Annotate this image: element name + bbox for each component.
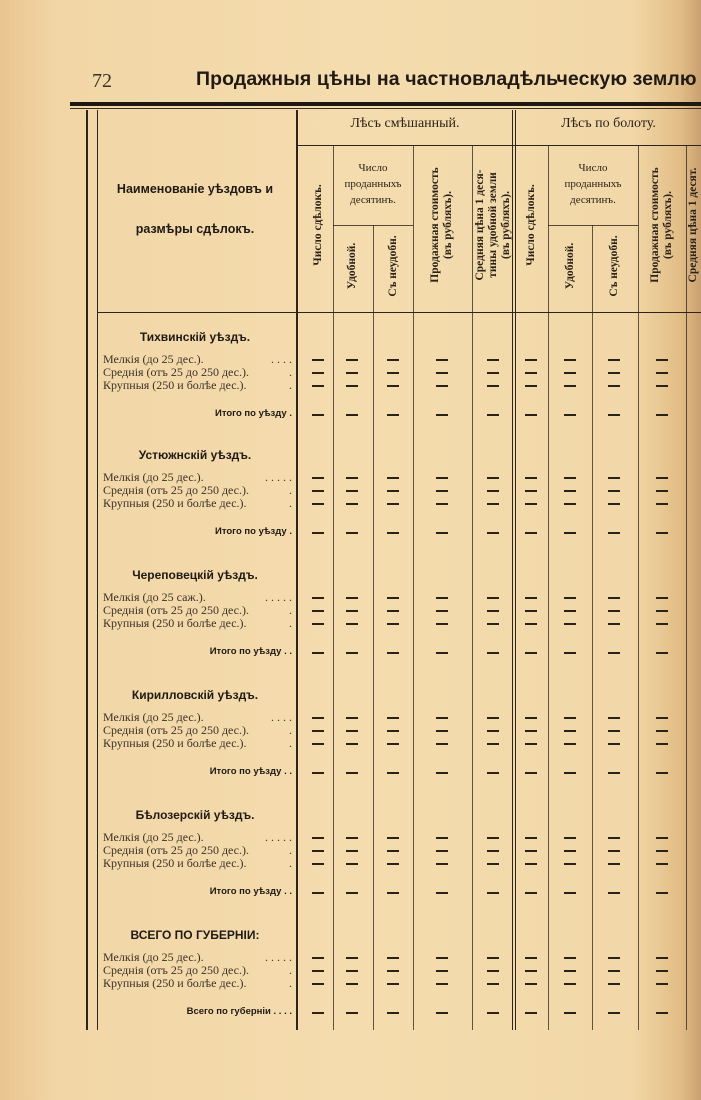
- row-label-text: Крупныя (250 и болѣе дес.).: [103, 378, 247, 392]
- empty-value-dash: [525, 372, 537, 374]
- empty-value-dash: [387, 477, 399, 479]
- empty-value-dash: [564, 717, 576, 719]
- empty-value-dash: [656, 970, 668, 972]
- rotated-header-line: Съ неудобн.: [387, 227, 400, 305]
- empty-value-dash: [487, 477, 499, 479]
- empty-value-dash: [564, 957, 576, 959]
- empty-value-dash: [564, 490, 576, 492]
- column-divider: [413, 145, 414, 1030]
- total-value-dash: [346, 772, 358, 774]
- empty-value-dash: [656, 503, 668, 505]
- empty-value-dash: [608, 490, 620, 492]
- empty-value-dash: [487, 717, 499, 719]
- total-value-dash: [656, 1012, 668, 1014]
- empty-value-dash: [525, 359, 537, 361]
- total-value-dash: [487, 414, 499, 416]
- page-title: Продажныя цѣны на частновладѣльческую зе…: [196, 68, 697, 91]
- empty-value-dash: [387, 743, 399, 745]
- empty-value-dash: [487, 970, 499, 972]
- empty-value-dash: [608, 610, 620, 612]
- empty-value-dash: [436, 359, 448, 361]
- sold-header-underline: [333, 225, 413, 226]
- empty-value-dash: [525, 597, 537, 599]
- empty-value-dash: [525, 863, 537, 865]
- empty-value-dash: [346, 850, 358, 852]
- empty-value-dash: [436, 717, 448, 719]
- empty-value-dash: [564, 743, 576, 745]
- total-value-dash: [436, 652, 448, 654]
- empty-value-dash: [487, 863, 499, 865]
- total-value-dash: [436, 414, 448, 416]
- empty-value-dash: [525, 983, 537, 985]
- empty-value-dash: [312, 957, 324, 959]
- district-title: Устюжнскій уѣздъ.: [100, 448, 290, 462]
- total-value-dash: [346, 414, 358, 416]
- empty-value-dash: [656, 717, 668, 719]
- leader-dots: .: [289, 616, 292, 631]
- empty-value-dash: [312, 372, 324, 374]
- header-bottom-rule: [97, 312, 701, 313]
- empty-value-dash: [608, 477, 620, 479]
- empty-value-dash: [564, 730, 576, 732]
- empty-value-dash: [564, 597, 576, 599]
- empty-value-dash: [608, 717, 620, 719]
- empty-value-dash: [608, 597, 620, 599]
- total-value-dash: [487, 892, 499, 894]
- empty-value-dash: [436, 983, 448, 985]
- sold-header-line: проданныхъ: [333, 176, 413, 192]
- total-value-dash: [564, 1012, 576, 1014]
- empty-value-dash: [436, 957, 448, 959]
- district-title: ВСЕГО ПО ГУБЕРНІИ:: [100, 928, 290, 942]
- total-value-dash: [656, 414, 668, 416]
- empty-value-dash: [608, 503, 620, 505]
- empty-value-dash: [608, 359, 620, 361]
- empty-value-dash: [436, 610, 448, 612]
- header-price-swamp: Продажная стоимость(въ рубляхъ).: [649, 145, 675, 305]
- empty-value-dash: [564, 837, 576, 839]
- district-title: Тихвинскій уѣздъ.: [100, 330, 290, 344]
- header-count-mixed: Число сдѣлокъ.: [312, 145, 325, 305]
- total-value-dash: [312, 414, 324, 416]
- district-total-label: Итого по уѣзду .: [100, 408, 292, 419]
- empty-value-dash: [387, 359, 399, 361]
- empty-value-dash: [312, 970, 324, 972]
- row-label-text: Мелкія (до 25 дес.).: [103, 710, 204, 724]
- left-header-line2: размѣры сдѣлокъ.: [100, 222, 290, 236]
- empty-value-dash: [387, 717, 399, 719]
- total-value-dash: [387, 772, 399, 774]
- header-count-swamp: Число сдѣлокъ.: [525, 145, 538, 305]
- empty-value-dash: [346, 610, 358, 612]
- total-value-dash: [608, 532, 620, 534]
- empty-value-dash: [656, 385, 668, 387]
- total-value-dash: [387, 532, 399, 534]
- total-value-dash: [656, 892, 668, 894]
- empty-value-dash: [564, 623, 576, 625]
- header-nonarable-swamp: Съ неудобн.: [608, 227, 621, 305]
- total-value-dash: [525, 892, 537, 894]
- row-label-text: Крупныя (250 и болѣе дес.).: [103, 496, 247, 510]
- group-title-mixed-forest: Лѣсъ смѣшанный.: [298, 116, 512, 131]
- empty-value-dash: [312, 837, 324, 839]
- empty-value-dash: [487, 490, 499, 492]
- empty-value-dash: [487, 359, 499, 361]
- empty-value-dash: [312, 983, 324, 985]
- total-value-dash: [487, 1012, 499, 1014]
- empty-value-dash: [346, 970, 358, 972]
- total-value-dash: [525, 652, 537, 654]
- empty-value-dash: [608, 623, 620, 625]
- total-value-dash: [487, 772, 499, 774]
- rotated-header-line: Число сдѣлокъ.: [525, 145, 538, 305]
- leader-dots: .: [289, 976, 292, 991]
- row-label: Крупныя (250 и болѣе дес.)..: [103, 976, 298, 991]
- total-value-dash: [346, 652, 358, 654]
- rotated-header-line: Удобной.: [564, 227, 577, 305]
- empty-value-dash: [387, 850, 399, 852]
- empty-value-dash: [487, 610, 499, 612]
- row-label: Крупныя (250 и болѣе дес.)..: [103, 736, 298, 751]
- row-label: Крупныя (250 и болѣе дес.)..: [103, 496, 298, 511]
- empty-value-dash: [525, 477, 537, 479]
- total-value-dash: [387, 1012, 399, 1014]
- empty-value-dash: [346, 983, 358, 985]
- total-value-dash: [487, 652, 499, 654]
- row-label: Крупныя (250 и болѣе дес.)..: [103, 856, 298, 871]
- empty-value-dash: [346, 597, 358, 599]
- total-value-dash: [436, 532, 448, 534]
- leader-dots: .: [289, 736, 292, 751]
- rotated-header-line: Продажная стоимость: [649, 145, 662, 305]
- total-value-dash: [436, 1012, 448, 1014]
- column-divider: [592, 225, 593, 1030]
- empty-value-dash: [312, 477, 324, 479]
- empty-value-dash: [387, 730, 399, 732]
- row-label-text: Мелкія (до 25 дес.).: [103, 470, 204, 484]
- empty-value-dash: [564, 385, 576, 387]
- empty-value-dash: [656, 743, 668, 745]
- total-value-dash: [564, 772, 576, 774]
- district-title: Череповецкій уѣздъ.: [100, 568, 290, 582]
- district-total-label: Итого по уѣзду .: [100, 526, 292, 537]
- empty-value-dash: [608, 970, 620, 972]
- column-divider: [548, 145, 549, 1030]
- empty-value-dash: [487, 743, 499, 745]
- empty-value-dash: [436, 730, 448, 732]
- total-value-dash: [346, 892, 358, 894]
- district-title: Бѣлозерскій уѣздъ.: [100, 808, 290, 822]
- row-label-text: Мелкія (до 25 саж.).: [103, 590, 206, 604]
- empty-value-dash: [525, 610, 537, 612]
- column-divider: [638, 145, 639, 1030]
- row-label: Крупныя (250 и болѣе дес.)..: [103, 616, 298, 631]
- empty-value-dash: [608, 837, 620, 839]
- total-value-dash: [656, 772, 668, 774]
- sold-header-swamp: Числопроданныхъдесятинъ.: [548, 160, 638, 208]
- empty-value-dash: [346, 372, 358, 374]
- empty-value-dash: [564, 850, 576, 852]
- empty-value-dash: [312, 597, 324, 599]
- rotated-header-line: Продажная стоимость: [429, 145, 442, 305]
- empty-value-dash: [387, 623, 399, 625]
- group-title-swamp-forest: Лѣсъ по болоту.: [516, 116, 701, 131]
- empty-value-dash: [608, 385, 620, 387]
- column-divider: [333, 145, 334, 1030]
- empty-value-dash: [525, 717, 537, 719]
- empty-value-dash: [387, 610, 399, 612]
- empty-value-dash: [312, 610, 324, 612]
- empty-value-dash: [564, 970, 576, 972]
- empty-value-dash: [564, 372, 576, 374]
- empty-value-dash: [487, 385, 499, 387]
- sold-header-line: десятинъ.: [333, 192, 413, 208]
- district-title: Кирилловскій уѣздъ.: [100, 688, 290, 702]
- empty-value-dash: [608, 863, 620, 865]
- rotated-header-line: Средняя цѣна 1 десят.: [687, 145, 700, 305]
- column-divider: [373, 225, 374, 1030]
- empty-value-dash: [436, 385, 448, 387]
- empty-value-dash: [564, 863, 576, 865]
- empty-value-dash: [487, 983, 499, 985]
- empty-value-dash: [656, 610, 668, 612]
- empty-value-dash: [608, 983, 620, 985]
- empty-value-dash: [346, 837, 358, 839]
- total-value-dash: [525, 772, 537, 774]
- empty-value-dash: [525, 957, 537, 959]
- empty-value-dash: [312, 730, 324, 732]
- table-left-border: [86, 110, 88, 1030]
- empty-value-dash: [436, 970, 448, 972]
- empty-value-dash: [312, 863, 324, 865]
- district-total-label: Итого по уѣзду . .: [100, 886, 292, 897]
- empty-value-dash: [656, 957, 668, 959]
- empty-value-dash: [656, 359, 668, 361]
- sold-header-line: проданныхъ: [548, 176, 638, 192]
- header-nonarable-mixed: Съ неудобн.: [387, 227, 400, 305]
- total-value-dash: [564, 532, 576, 534]
- row-label-text: Мелкія (до 25 дес.).: [103, 950, 204, 964]
- empty-value-dash: [656, 850, 668, 852]
- empty-value-dash: [436, 837, 448, 839]
- empty-value-dash: [312, 359, 324, 361]
- leader-dots: .: [289, 856, 292, 871]
- row-label-text: Мелкія (до 25 дес.).: [103, 352, 204, 366]
- total-value-dash: [564, 892, 576, 894]
- rotated-header-line: Удобной.: [346, 227, 359, 305]
- leader-dots: .: [289, 496, 292, 511]
- table-left-border-inner: [97, 110, 98, 1030]
- total-value-dash: [525, 532, 537, 534]
- total-value-dash: [487, 532, 499, 534]
- empty-value-dash: [564, 477, 576, 479]
- left-header-line1: Наименованіе уѣздовъ и: [100, 182, 290, 196]
- empty-value-dash: [525, 730, 537, 732]
- empty-value-dash: [656, 623, 668, 625]
- empty-value-dash: [487, 850, 499, 852]
- empty-value-dash: [312, 503, 324, 505]
- empty-value-dash: [346, 490, 358, 492]
- empty-value-dash: [312, 385, 324, 387]
- rotated-header-line: (въ рубляхъ).: [662, 145, 675, 305]
- empty-value-dash: [387, 983, 399, 985]
- empty-value-dash: [487, 503, 499, 505]
- empty-value-dash: [436, 863, 448, 865]
- label-column-border: [296, 110, 298, 1030]
- empty-value-dash: [525, 970, 537, 972]
- row-label-text: Крупныя (250 и болѣе дес.).: [103, 736, 247, 750]
- empty-value-dash: [656, 863, 668, 865]
- empty-value-dash: [346, 957, 358, 959]
- sold-header-line: десятинъ.: [548, 192, 638, 208]
- header-arable-mixed: Удобной.: [346, 227, 359, 305]
- top-rule-thin: [70, 108, 701, 109]
- header-avg-swamp: Средняя цѣна 1 десят.: [687, 145, 700, 305]
- empty-value-dash: [346, 717, 358, 719]
- empty-value-dash: [608, 743, 620, 745]
- empty-value-dash: [312, 717, 324, 719]
- empty-value-dash: [656, 983, 668, 985]
- total-value-dash: [312, 892, 324, 894]
- total-value-dash: [312, 652, 324, 654]
- empty-value-dash: [346, 503, 358, 505]
- empty-value-dash: [346, 623, 358, 625]
- total-value-dash: [608, 892, 620, 894]
- rotated-header-line: Средняя цѣна 1 деся-: [474, 145, 487, 305]
- empty-value-dash: [436, 503, 448, 505]
- total-value-dash: [608, 1012, 620, 1014]
- empty-value-dash: [346, 743, 358, 745]
- empty-value-dash: [656, 490, 668, 492]
- group-separator-2: [515, 110, 516, 1030]
- total-value-dash: [525, 1012, 537, 1014]
- header-arable-swamp: Удобной.: [564, 227, 577, 305]
- row-label-text: Среднія (отъ 25 до 250 дес.).: [103, 483, 249, 497]
- empty-value-dash: [346, 477, 358, 479]
- page-number: 72: [92, 70, 112, 93]
- empty-value-dash: [387, 597, 399, 599]
- district-total-label: Итого по уѣзду . .: [100, 646, 292, 657]
- row-label-text: Среднія (отъ 25 до 250 дес.).: [103, 843, 249, 857]
- empty-value-dash: [656, 730, 668, 732]
- empty-value-dash: [312, 850, 324, 852]
- row-label-text: Среднія (отъ 25 до 250 дес.).: [103, 365, 249, 379]
- empty-value-dash: [436, 490, 448, 492]
- total-value-dash: [564, 652, 576, 654]
- empty-value-dash: [487, 372, 499, 374]
- empty-value-dash: [436, 477, 448, 479]
- row-label-text: Среднія (отъ 25 до 250 дес.).: [103, 963, 249, 977]
- total-value-dash: [387, 414, 399, 416]
- total-value-dash: [656, 652, 668, 654]
- row-label-text: Мелкія (до 25 дес.).: [103, 830, 204, 844]
- empty-value-dash: [608, 730, 620, 732]
- empty-value-dash: [387, 837, 399, 839]
- empty-value-dash: [387, 503, 399, 505]
- rotated-header-line: Число сдѣлокъ.: [312, 145, 325, 305]
- sold-header-underline-2: [548, 225, 638, 226]
- total-value-dash: [436, 772, 448, 774]
- total-value-dash: [564, 414, 576, 416]
- empty-value-dash: [656, 477, 668, 479]
- leader-dots: .: [289, 378, 292, 393]
- total-value-dash: [387, 652, 399, 654]
- rotated-header-line: тины удобной земли: [487, 145, 500, 305]
- total-value-dash: [312, 532, 324, 534]
- row-label-text: Крупныя (250 и болѣе дес.).: [103, 616, 247, 630]
- row-label-text: Среднія (отъ 25 до 250 дес.).: [103, 723, 249, 737]
- empty-value-dash: [525, 503, 537, 505]
- empty-value-dash: [312, 743, 324, 745]
- header-price-mixed: Продажная стоимость(въ рубляхъ).: [429, 145, 455, 305]
- empty-value-dash: [312, 490, 324, 492]
- empty-value-dash: [487, 597, 499, 599]
- total-value-dash: [346, 532, 358, 534]
- header-avg-mixed: Средняя цѣна 1 деся-тины удобной земли(в…: [474, 145, 513, 305]
- empty-value-dash: [487, 957, 499, 959]
- empty-value-dash: [525, 850, 537, 852]
- sold-header-line: Число: [333, 160, 413, 176]
- empty-value-dash: [346, 385, 358, 387]
- district-total-label: Всего по губерніи . . . .: [100, 1006, 292, 1017]
- empty-value-dash: [525, 837, 537, 839]
- empty-value-dash: [656, 372, 668, 374]
- total-value-dash: [608, 772, 620, 774]
- empty-value-dash: [525, 385, 537, 387]
- total-value-dash: [436, 892, 448, 894]
- empty-value-dash: [525, 623, 537, 625]
- empty-value-dash: [656, 837, 668, 839]
- row-label-text: Среднія (отъ 25 до 250 дес.).: [103, 603, 249, 617]
- top-rule: [70, 102, 701, 106]
- empty-value-dash: [312, 623, 324, 625]
- total-value-dash: [346, 1012, 358, 1014]
- row-label-text: Крупныя (250 и болѣе дес.).: [103, 976, 247, 990]
- total-value-dash: [312, 772, 324, 774]
- empty-value-dash: [387, 490, 399, 492]
- empty-value-dash: [387, 957, 399, 959]
- empty-value-dash: [525, 743, 537, 745]
- rotated-header-line: (въ рубляхъ).: [442, 145, 455, 305]
- empty-value-dash: [656, 597, 668, 599]
- empty-value-dash: [564, 983, 576, 985]
- column-divider: [472, 145, 473, 1030]
- empty-value-dash: [608, 372, 620, 374]
- empty-value-dash: [387, 970, 399, 972]
- row-label: Крупныя (250 и болѣе дес.)..: [103, 378, 298, 393]
- empty-value-dash: [487, 623, 499, 625]
- empty-value-dash: [564, 359, 576, 361]
- district-total-label: Итого по уѣзду . .: [100, 766, 292, 777]
- empty-value-dash: [436, 743, 448, 745]
- empty-value-dash: [346, 730, 358, 732]
- empty-value-dash: [436, 372, 448, 374]
- empty-value-dash: [564, 503, 576, 505]
- total-value-dash: [608, 652, 620, 654]
- total-value-dash: [656, 532, 668, 534]
- empty-value-dash: [436, 623, 448, 625]
- total-value-dash: [387, 892, 399, 894]
- empty-value-dash: [608, 957, 620, 959]
- rotated-header-line: (въ рубляхъ).: [500, 145, 513, 305]
- total-value-dash: [608, 414, 620, 416]
- empty-value-dash: [525, 490, 537, 492]
- empty-value-dash: [387, 385, 399, 387]
- sold-header-line: Число: [548, 160, 638, 176]
- sold-header-mixed: Числопроданныхъдесятинъ.: [333, 160, 413, 208]
- empty-value-dash: [346, 359, 358, 361]
- empty-value-dash: [608, 850, 620, 852]
